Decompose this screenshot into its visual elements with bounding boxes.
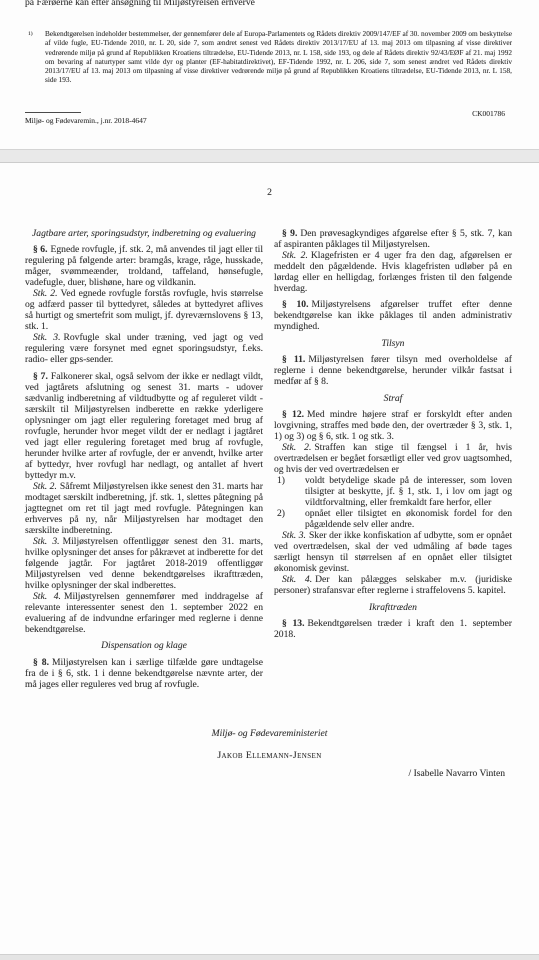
paragraph-text: Den prøvesagkyndiges afgørelse efter § 5… xyxy=(274,228,512,250)
footnote: 1) Bekendtgørelsen indeholder bestemmels… xyxy=(28,29,512,85)
document-page: på Færøerne kan efter ansøgning til Milj… xyxy=(0,0,539,960)
signature-countersign: / Isabelle Navarro Vinten xyxy=(409,768,505,779)
paragraph-s7-stk3: Stk. 3.Miljøstyrelsen offentliggør senes… xyxy=(25,536,263,591)
list-item-number: 1) xyxy=(274,475,305,508)
previous-page-fragment: på Færøerne kan efter ansøgning til Milj… xyxy=(25,0,512,8)
paragraph-text: Miljøstyrelsen kan i særlige tilfælde gø… xyxy=(25,657,263,690)
section-heading: Ikrafttræden xyxy=(274,602,512,613)
document-code: CK001786 xyxy=(472,109,505,118)
statute-lead: Stk. 2. xyxy=(282,442,311,453)
paragraph-text: Med mindre højere straf er forskyldt eft… xyxy=(274,409,512,442)
paragraph-s6-stk2: Stk. 2.Ved egnede rovfugle forstås rovfu… xyxy=(25,288,263,332)
statute-lead: Stk. 3. xyxy=(33,332,60,343)
list-item: 2)opnået eller tilsigtet en økonomisk fo… xyxy=(274,508,512,530)
column-left: Jagtbare arter, sporingsudstyr, indberet… xyxy=(25,222,263,690)
statute-lead: § 8. xyxy=(33,657,49,668)
paragraph-text: Miljøstyrelsens afgørelser truffet efter… xyxy=(274,299,512,332)
two-column-body: Jagtbare arter, sporingsudstyr, indberet… xyxy=(25,222,512,690)
section-heading: Tilsyn xyxy=(274,338,512,349)
list-item-text: opnået eller tilsigtet en økonomisk ford… xyxy=(305,508,512,530)
paragraph-text: Ved egnede rovfugle forstås rovfugle, hv… xyxy=(25,288,263,332)
statute-lead: § 9. xyxy=(282,228,297,239)
statute-lead: Stk. 4. xyxy=(282,574,312,585)
paragraph-s7-stk2: Stk. 2.Såfremt Miljøstyrelsen ikke senes… xyxy=(25,481,263,536)
page-number: 2 xyxy=(0,187,539,198)
section-heading: Dispensation og klage xyxy=(25,640,263,651)
statute-lead: § 11. xyxy=(282,354,305,365)
signature-ministry: Miljø- og Fødevareministeriet xyxy=(0,728,539,739)
journal-number: Miljø- og Fødevaremin., j.nr. 2018-4647 xyxy=(25,116,147,125)
paragraph-text: Miljøstyrelsen offentliggør senest den 3… xyxy=(25,536,263,591)
list-item-number: 2) xyxy=(274,508,305,530)
bottom-page-edge xyxy=(0,954,539,960)
statute-lead: Stk. 2. xyxy=(33,481,57,492)
paragraph-s8: § 8.Miljøstyrelsen kan i særlige tilfæld… xyxy=(25,657,263,690)
list-item-text: voldt betydelige skade på de interesser,… xyxy=(305,475,512,508)
signature-minister: Jakob Ellemann-Jensen xyxy=(0,750,539,761)
paragraph-text: Bekendtgørelsen træder i kraft den 1. se… xyxy=(274,618,512,640)
statute-lead: Stk. 2. xyxy=(282,250,308,261)
paragraph-s9: § 9.Den prøvesagkyndiges afgørelse efter… xyxy=(274,228,512,250)
statute-lead: § 10. xyxy=(282,299,308,310)
paragraph-s7-stk4: Stk. 4.Miljøstyrelsen gennemfører med in… xyxy=(25,591,263,635)
paragraph-s12: § 12.Med mindre højere straf er forskyld… xyxy=(274,409,512,442)
list-item: 1)voldt betydelige skade på de interesse… xyxy=(274,475,512,508)
paragraph-s12-stk2: Stk. 2.Straffen kan stige til fængsel i … xyxy=(274,442,512,475)
statute-lead: Stk. 3. xyxy=(282,530,306,541)
paragraph-text: Falkonerer skal, også selvom der ikke er… xyxy=(25,371,263,481)
footnote-text: Bekendtgørelsen indeholder bestemmelser,… xyxy=(45,29,512,85)
footnote-marker: 1) xyxy=(28,29,45,85)
paragraph-s6-stk3: Stk. 3.Rovfugle skal under træning, ved … xyxy=(25,332,263,365)
section-heading: Straf xyxy=(274,393,512,404)
paragraph-s7: § 7.Falkonerer skal, også selvom der ikk… xyxy=(25,371,263,481)
paragraph-s6: § 6.Egnede rovfugle, jf. stk. 2, må anve… xyxy=(25,244,263,288)
paragraph-s13: § 13.Bekendtgørelsen træder i kraft den … xyxy=(274,618,512,640)
statute-lead: § 13. xyxy=(282,618,305,629)
paragraph-s11: § 11.Miljøstyrelsen fører tilsyn med ove… xyxy=(274,354,512,387)
paragraph-text: Egnede rovfugle, jf. stk. 2, må anvendes… xyxy=(25,244,263,288)
footer-rule xyxy=(25,112,81,113)
paragraph-text: Rovfugle skal under træning, ved jagt og… xyxy=(25,332,263,365)
column-right: § 9.Den prøvesagkyndiges afgørelse efter… xyxy=(274,222,512,690)
statute-lead: Stk. 3. xyxy=(33,536,60,547)
paragraph-text: Klagefristen er 4 uger fra den dag, afgø… xyxy=(274,250,512,294)
paragraph-text: Sker der ikke konfiskation af udbytte, s… xyxy=(274,530,512,574)
paragraph-s10: § 10.Miljøstyrelsens afgørelser truffet … xyxy=(274,299,512,332)
paragraph-s12-stk3: Stk. 3.Sker der ikke konfiskation af udb… xyxy=(274,530,512,574)
paragraph-text: Såfremt Miljøstyrelsen ikke senest den 3… xyxy=(25,481,263,536)
section-heading: Jagtbare arter, sporingsudstyr, indberet… xyxy=(25,228,263,239)
page-separator xyxy=(0,149,539,163)
paragraph-text: Miljøstyrelsen fører tilsyn med overhold… xyxy=(274,354,512,387)
statute-lead: Stk. 4. xyxy=(33,591,61,602)
statute-lead: Stk. 2. xyxy=(33,288,57,299)
paragraph-s9-stk2: Stk. 2.Klagefristen er 4 uger fra den da… xyxy=(274,250,512,294)
statute-lead: § 12. xyxy=(282,409,304,420)
statute-lead: § 7. xyxy=(33,371,48,382)
paragraph-s12-stk4: Stk. 4.Der kan pålægges selskaber m.v. (… xyxy=(274,574,512,596)
statute-lead: § 6. xyxy=(33,244,48,255)
